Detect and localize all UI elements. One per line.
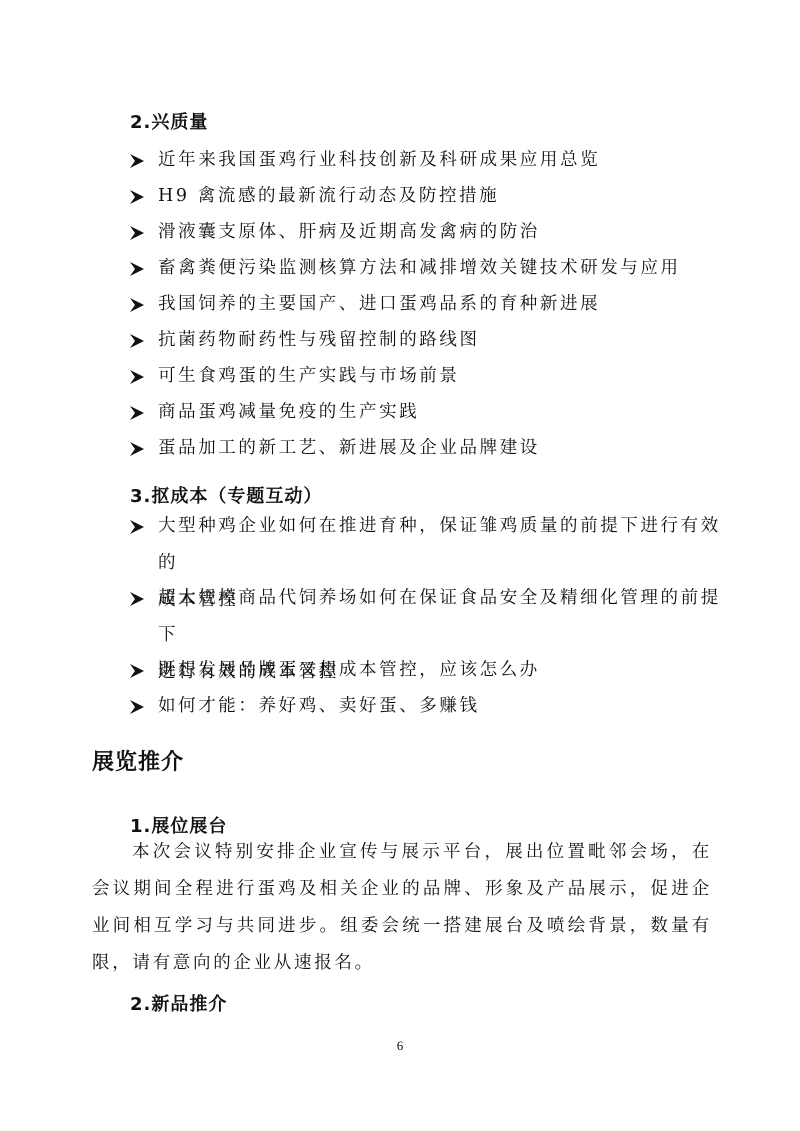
arrow-bullet-icon bbox=[130, 591, 144, 607]
list-item: 如何才能：养好鸡、卖好蛋、多赚钱 bbox=[130, 688, 730, 725]
list-item: 抗菌药物耐药性与残留控制的路线图 bbox=[130, 322, 730, 359]
arrow-bullet-icon bbox=[130, 189, 144, 205]
arrow-bullet-icon bbox=[130, 153, 144, 169]
arrow-bullet-icon bbox=[130, 333, 144, 349]
list-item: 可生食鸡蛋的生产实践与市场前景 bbox=[130, 358, 730, 395]
list-item: 既想发展品牌蛋又想成本管控，应该怎么办 bbox=[130, 652, 730, 689]
booth-paragraph: 本次会议特别安排企业宣传与展示平台，展出位置毗邻会场，在会议期间全程进行蛋鸡及相… bbox=[92, 834, 712, 982]
arrow-bullet-icon bbox=[130, 405, 144, 421]
arrow-bullet-icon bbox=[130, 699, 144, 715]
list-item: 近年来我国蛋鸡行业科技创新及科研成果应用总览 bbox=[130, 142, 730, 179]
arrow-bullet-icon bbox=[130, 441, 144, 457]
exhibition-title: 展览推介 bbox=[92, 745, 184, 776]
list-item: H9 禽流感的最新流行动态及防控措施 bbox=[130, 178, 730, 215]
arrow-bullet-icon bbox=[130, 519, 144, 535]
section-heading-cost: 3.抠成本（专题互动） bbox=[130, 482, 322, 508]
list-item: 滑液囊支原体、肝病及近期高发禽病的防治 bbox=[130, 214, 730, 251]
arrow-bullet-icon bbox=[130, 261, 144, 277]
document-page: 2.兴质量 近年来我国蛋鸡行业科技创新及科研成果应用总览 H9 禽流感的最新流行… bbox=[0, 0, 800, 1131]
arrow-bullet-icon bbox=[130, 225, 144, 241]
list-item: 商品蛋鸡减量免疫的生产实践 bbox=[130, 394, 730, 431]
list-item: 蛋品加工的新工艺、新进展及企业品牌建设 bbox=[130, 430, 730, 467]
arrow-bullet-icon bbox=[130, 369, 144, 385]
section-heading-quality: 2.兴质量 bbox=[130, 108, 208, 134]
list-item: 畜禽粪便污染监测核算方法和减排增效关键技术研发与应用 bbox=[130, 250, 730, 287]
new-product-heading: 2.新品推介 bbox=[130, 990, 227, 1016]
list-item: 我国饲养的主要国产、进口蛋鸡品系的育种新进展 bbox=[130, 286, 730, 323]
arrow-bullet-icon bbox=[130, 297, 144, 313]
arrow-bullet-icon bbox=[130, 663, 144, 679]
page-number: 6 bbox=[0, 1038, 800, 1054]
